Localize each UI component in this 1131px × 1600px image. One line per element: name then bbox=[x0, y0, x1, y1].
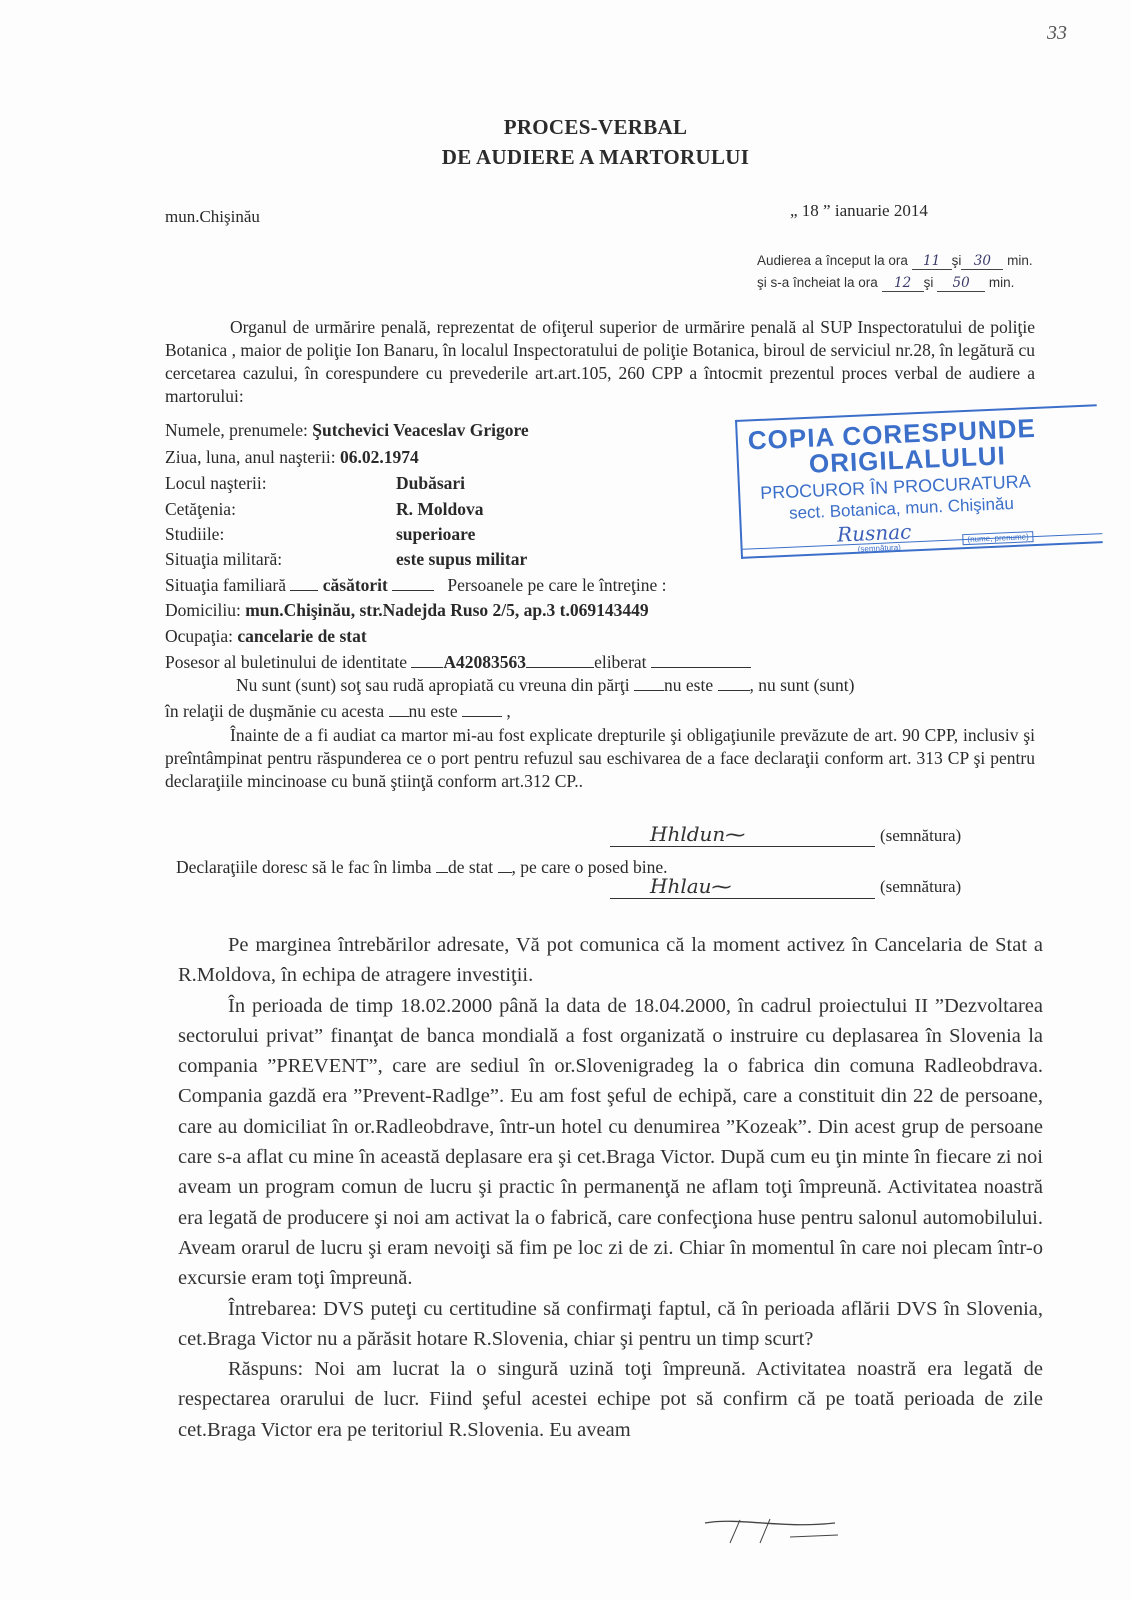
stamp-name-label: (nume, prenume) bbox=[962, 531, 1034, 545]
start-time: Audierea a început la ora 11şi30 min. bbox=[757, 253, 1033, 270]
page-number: 33 bbox=[1047, 22, 1067, 45]
field-studies: Studiile:superioare bbox=[165, 524, 665, 545]
relation-line-1: Nu sunt (sunt) soţ sau rudă apropiată cu… bbox=[236, 675, 855, 696]
field-military: Situaţia militară:este supus militar bbox=[165, 549, 665, 570]
statement-paragraph: În perioada de timp 18.02.2000 până la d… bbox=[178, 991, 1043, 1294]
field-dob: Ziua, luna, anul naşterii: 06.02.1974 bbox=[165, 447, 419, 468]
end-min: 50 bbox=[937, 275, 985, 292]
rights-paragraph: Înainte de a fi audiat ca martor mi-au f… bbox=[165, 724, 1035, 793]
field-id: Posesor al buletinului de identitate A42… bbox=[165, 652, 751, 673]
start-hour: 11 bbox=[912, 253, 952, 270]
field-birthplace: Locul naşterii:Dubăsari bbox=[165, 473, 665, 494]
place: mun.Chişinău bbox=[165, 207, 260, 227]
field-name: Numele, prenumele: Şutchevici Veaceslav … bbox=[165, 420, 529, 441]
signature-label-1: (semnătura) bbox=[880, 826, 961, 846]
intro-paragraph: Organul de urmărire penală, reprezentat … bbox=[165, 316, 1035, 408]
witness-signature-2: Hhlau⁓ bbox=[650, 874, 732, 898]
end-time: şi s-a încheiat la ora 12şi 50 min. bbox=[757, 275, 1014, 292]
document-subtitle: DE AUDIERE A MARTORULUI bbox=[30, 145, 1131, 170]
statement-body: Pe marginea întrebărilor adresate, Vă po… bbox=[178, 930, 1043, 1445]
field-family: Situaţia familiară căsătorit Persoanele … bbox=[165, 575, 667, 596]
witness-signature-1: Hhldun⁓ bbox=[650, 822, 745, 846]
end-hour: 12 bbox=[882, 275, 924, 292]
date: „ 18 ” ianuarie 2014 bbox=[790, 201, 928, 221]
signature-line-1 bbox=[610, 846, 875, 847]
field-address: Domiciliu: mun.Chişinău, str.Nadejda Rus… bbox=[165, 600, 649, 621]
start-min: 30 bbox=[961, 253, 1003, 270]
signature-line-2 bbox=[610, 898, 875, 899]
certification-stamp: COPIA CORESPUNDE ORIGILALULUI PROCUROR Î… bbox=[735, 404, 1103, 559]
field-occupation: Ocupaţia: cancelarie de stat bbox=[165, 626, 367, 647]
stamp-signature-label: (semnătura) bbox=[858, 543, 901, 554]
statement-paragraph: Pe marginea întrebărilor adresate, Vă po… bbox=[178, 930, 1043, 991]
relation-line-2: în relaţii de duşmănie cu acesta nu este… bbox=[165, 701, 511, 722]
strikethrough-mark bbox=[700, 1515, 840, 1545]
language-line: Declaraţiile doresc să le fac în limba d… bbox=[176, 857, 668, 878]
field-citizenship: Cetăţenia:R. Moldova bbox=[165, 499, 665, 520]
answer-paragraph: Răspuns: Noi am lucrat la o singură uzin… bbox=[178, 1354, 1043, 1445]
document-title: PROCES-VERBAL bbox=[30, 115, 1131, 140]
stamp-divider bbox=[743, 533, 1103, 550]
signature-label-2: (semnătura) bbox=[880, 877, 961, 897]
question-paragraph: Întrebarea: DVS puteţi cu certitudine să… bbox=[178, 1294, 1043, 1355]
